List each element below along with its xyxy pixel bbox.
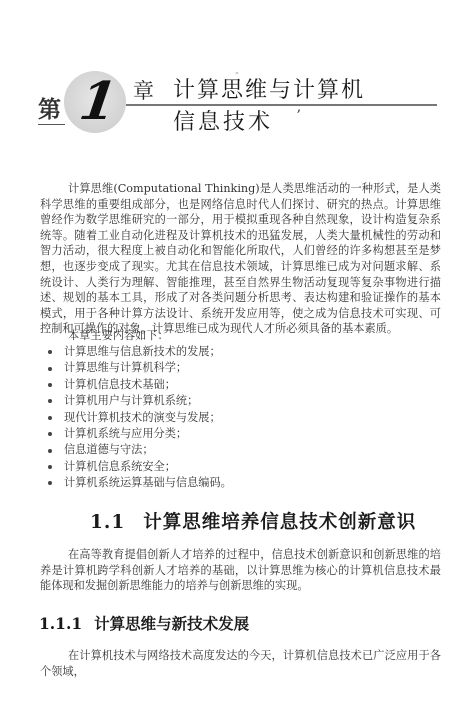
bullet-icon — [48, 465, 52, 469]
list-item: 计算机系统运算基础与信息编码。 — [48, 475, 232, 491]
list-item: 信息道德与守法； — [48, 442, 232, 458]
subsection-paragraph: 在计算机技术与网络技术高度发达的今天，计算机信息技术已广泛应用于各个领域， — [40, 648, 441, 679]
bullet-icon — [48, 367, 52, 371]
intro-section: 计算思维(Computational Thinking)是人类思维活动的一种形式… — [40, 181, 441, 337]
subsection-title: 计算思维与新技术发展 — [94, 614, 249, 633]
section-body: 在高等教育提倡创新人才培养的过程中，信息技术创新意识和创新思维的培养是计算机跨学… — [40, 547, 441, 594]
section-paragraph: 在高等教育提倡创新人才培养的过程中，信息技术创新意识和创新思维的培养是计算机跨学… — [40, 547, 441, 594]
bullet-icon — [48, 399, 52, 403]
list-item: 计算机系统与应用分类； — [48, 426, 232, 442]
stray-mark: ʼ — [296, 108, 300, 124]
bullet-icon — [48, 350, 52, 354]
list-item: 现代计算机技术的演变与发展； — [48, 410, 232, 426]
contents-list: 计算思维与信息新技术的发展； 计算思维与计算机科学； 计算机信息技术基础； 计算… — [48, 344, 232, 492]
subsection-body: 在计算机技术与网络技术高度发达的今天，计算机信息技术已广泛应用于各个领域， — [40, 648, 441, 679]
chapter-title-line2: 信息技术 — [173, 110, 273, 136]
list-item: 计算机用户与计算机系统； — [48, 393, 232, 409]
list-item: 计算思维与计算机科学； — [48, 360, 232, 376]
contents-heading: 本章主要内容如下： — [68, 328, 169, 344]
chapter-title-line1: 计算思维与计算机 — [173, 79, 365, 103]
section-number: 1.1 — [90, 512, 125, 533]
bullet-icon — [48, 449, 52, 453]
chapter-prefix: 第 — [38, 96, 65, 125]
subsection-number: 1.1.1 — [39, 614, 82, 633]
bullet-icon — [48, 481, 52, 485]
list-item: 计算机信息系统安全； — [48, 459, 232, 475]
section-heading: 1.1计算思维培养信息技术创新意识 — [90, 508, 416, 534]
bullet-icon — [48, 416, 52, 420]
intro-paragraph: 计算思维(Computational Thinking)是人类思维活动的一种形式… — [40, 181, 441, 337]
bullet-icon — [48, 432, 52, 436]
chapter-header: 第 1 章 ¨ 计算思维与计算机 信息技术 ʼ — [0, 0, 468, 160]
subsection-heading: 1.1.1计算思维与新技术发展 — [39, 612, 249, 634]
section-title: 计算思维培养信息技术创新意识 — [143, 512, 416, 533]
chapter-suffix: 章 — [133, 79, 154, 103]
bullet-icon — [48, 383, 52, 387]
chapter-divider — [126, 104, 437, 106]
list-item: 计算思维与信息新技术的发展； — [48, 344, 232, 360]
list-item: 计算机信息技术基础； — [48, 377, 232, 393]
